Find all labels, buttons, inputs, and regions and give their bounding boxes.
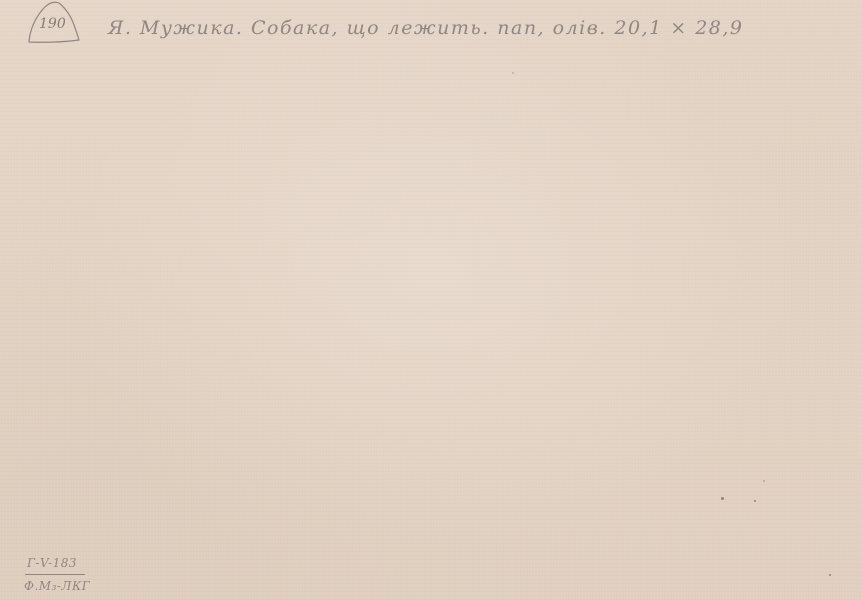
paper-sheet: 190 Я. Мужика. Собака, що лежить. пап, о… [0,0,862,600]
paper-speck [763,480,765,482]
paper-speck [721,497,724,500]
archive-code-top: Г-V-183 [27,556,77,570]
archive-code-bottom: Ф.М₃-ЛКГ [24,579,90,593]
inventory-number-badge: 190 [27,1,81,43]
artwork-caption: Я. Мужика. Собака, що лежить. пап, олів.… [108,17,744,39]
paper-speck [754,500,756,502]
paper-speck [829,574,831,576]
inventory-number: 190 [39,16,66,32]
paper-texture [0,0,862,600]
archive-code-divider [25,574,85,575]
paper-speck [512,72,514,74]
